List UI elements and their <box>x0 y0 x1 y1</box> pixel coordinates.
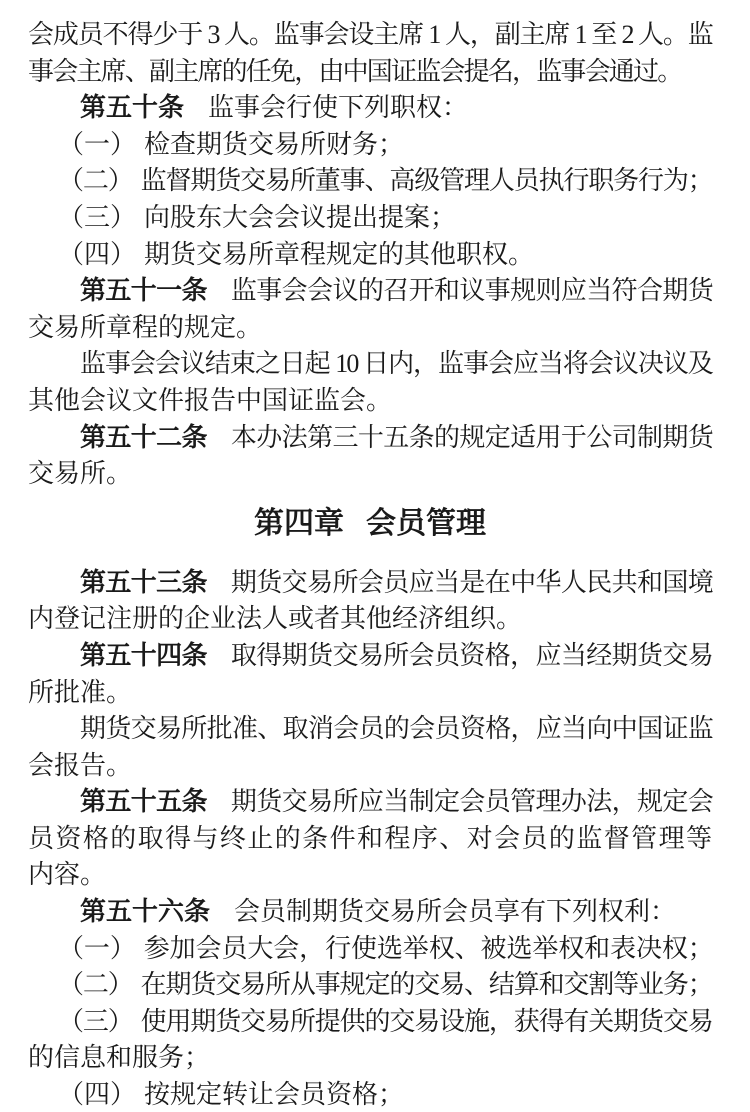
text-line: 会报告。 <box>28 748 712 785</box>
text-line: 第五十二条本办法第三十五条的规定适用于公司制期货 <box>28 420 712 457</box>
article-number: 第五十三条 <box>80 568 207 597</box>
line-text: 员资格的取得与终止的条件和程序、对会员的监督管理等 <box>28 824 712 853</box>
article-number: 第五十二条 <box>80 423 207 452</box>
item-marker: （二） <box>58 166 133 195</box>
line-text: 本办法第三十五条的规定适用于公司制期货 <box>231 423 712 452</box>
item-marker: （一） <box>58 130 136 159</box>
plain-paragraph: 监事会会议结束之日起 10 日内，监事会应当将会议决议及其他会议文件报告中国证监… <box>28 346 712 419</box>
line-text: 内容。 <box>28 860 106 889</box>
text-line: 第五十条监事会行使下列职权： <box>28 90 712 127</box>
text-line: （四）期货交易所章程规定的其他职权。 <box>28 237 712 274</box>
line-text: 内登记注册的企业法人或者其他经济组织。 <box>28 604 522 633</box>
item-marker: （三） <box>58 1007 133 1036</box>
item-marker: （二） <box>58 970 133 999</box>
list-item: （四）期货交易所章程规定的其他职权。 <box>28 237 712 274</box>
article-paragraph: 第五十条监事会行使下列职权： <box>28 90 712 127</box>
line-text: 监事会会议结束之日起 10 日内，监事会应当将会议决议及 <box>80 349 712 378</box>
line-text: 参加会员大会，行使选举权、被选举权和表决权； <box>144 934 712 963</box>
article-paragraph: 第五十二条本办法第三十五条的规定适用于公司制期货交易所。 <box>28 420 712 493</box>
line-text: 期货交易所批准、取消会员的会员资格，应当向中国证监 <box>80 714 712 743</box>
text-line: 第五十五条期货交易所应当制定会员管理办法，规定会 <box>28 784 712 821</box>
line-text: 交易所章程的规定。 <box>28 313 262 342</box>
item-marker: （一） <box>58 934 136 963</box>
line-text: 期货交易所应当制定会员管理办法，规定会 <box>231 787 712 816</box>
text-line: （二）在期货交易所从事规定的交易、结算和交割等业务； <box>28 967 712 1004</box>
text-line: （一）参加会员大会，行使选举权、被选举权和表决权； <box>28 931 712 968</box>
text-line: 所批准。 <box>28 675 712 712</box>
article-paragraph: 第五十四条取得期货交易所会员资格，应当经期货交易所批准。 <box>28 638 712 711</box>
article-paragraph: 第五十五条期货交易所应当制定会员管理办法，规定会员资格的取得与终止的条件和程序、… <box>28 784 712 894</box>
item-marker: （四） <box>58 240 136 269</box>
article-paragraph: 第五十三条期货交易所会员应当是在中华人民共和国境内登记注册的企业法人或者其他经济… <box>28 565 712 638</box>
text-line: 会成员不得少于 3 人。监事会设主席 1 人，副主席 1 至 2 人。监 <box>28 17 712 54</box>
text-line: （三）使用期货交易所提供的交易设施，获得有关期货交易 <box>28 1004 712 1041</box>
article-number: 第五十四条 <box>80 641 207 670</box>
text-line: 内登记注册的企业法人或者其他经济组织。 <box>28 601 712 638</box>
article-number: 第五十一条 <box>80 276 207 305</box>
list-item: （三）向股东大会会议提出提案； <box>28 200 712 237</box>
line-text: 会报告。 <box>28 751 132 780</box>
text-line: 第五十一条监事会会议的召开和议事规则应当符合期货 <box>28 273 712 310</box>
line-text: 监督期货交易所董事、高级管理人员执行职务行为； <box>141 166 712 195</box>
line-text: 监事会会议的召开和议事规则应当符合期货 <box>231 276 712 305</box>
line-text: 监事会行使下列职权： <box>208 93 468 122</box>
list-item: （二）在期货交易所从事规定的交易、结算和交割等业务； <box>28 967 712 1004</box>
line-text: 向股东大会会议提出提案； <box>144 203 456 232</box>
text-line: 的信息和服务； <box>28 1040 712 1077</box>
text-line: （三）向股东大会会议提出提案； <box>28 200 712 237</box>
text-line: 内容。 <box>28 857 712 894</box>
text-line: 第五十四条取得期货交易所会员资格，应当经期货交易 <box>28 638 712 675</box>
text-line: 第五十三条期货交易所会员应当是在中华人民共和国境 <box>28 565 712 602</box>
chapter-heading: 第四章会员管理 <box>28 502 712 546</box>
list-item: （二）监督期货交易所董事、高级管理人员执行职务行为； <box>28 163 712 200</box>
text-line: （一）检查期货交易所财务； <box>28 127 712 164</box>
text-line: （二）监督期货交易所董事、高级管理人员执行职务行为； <box>28 163 712 200</box>
line-text: 交易所。 <box>28 459 132 488</box>
item-marker: （三） <box>58 203 136 232</box>
line-text: 的信息和服务； <box>28 1043 210 1072</box>
continued-paragraph: 会成员不得少于 3 人。监事会设主席 1 人，副主席 1 至 2 人。监事会主席… <box>28 17 712 90</box>
plain-paragraph: 期货交易所批准、取消会员的会员资格，应当向中国证监会报告。 <box>28 711 712 784</box>
line-text: 在期货交易所从事规定的交易、结算和交割等业务； <box>141 970 712 999</box>
text-line: 员资格的取得与终止的条件和程序、对会员的监督管理等 <box>28 821 712 858</box>
article-number: 第五十条 <box>80 93 184 122</box>
line-text: 使用期货交易所提供的交易设施，获得有关期货交易 <box>141 1007 712 1036</box>
line-text: 检查期货交易所财务； <box>144 130 404 159</box>
text-line: 第五十六条会员制期货交易所会员享有下列权利： <box>28 894 712 931</box>
line-text: 会员制期货交易所会员享有下列权利： <box>234 897 676 926</box>
item-marker: （四） <box>58 1080 136 1109</box>
list-item: （三）使用期货交易所提供的交易设施，获得有关期货交易的信息和服务； <box>28 1004 712 1077</box>
line-text: 取得期货交易所会员资格，应当经期货交易 <box>231 641 712 670</box>
line-text: 会成员不得少于 3 人。监事会设主席 1 人，副主席 1 至 2 人。监 <box>28 20 712 49</box>
text-line: 交易所。 <box>28 456 712 493</box>
chapter-title: 会员管理 <box>366 507 486 540</box>
list-item: （一）参加会员大会，行使选举权、被选举权和表决权； <box>28 931 712 968</box>
text-line: 交易所章程的规定。 <box>28 310 712 347</box>
line-text: 所批准。 <box>28 678 132 707</box>
list-item: （四）按规定转让会员资格； <box>28 1077 712 1112</box>
line-text: 其他会议文件报告中国证监会。 <box>28 386 392 415</box>
document-page: 会成员不得少于 3 人。监事会设主席 1 人，副主席 1 至 2 人。监事会主席… <box>0 0 750 1112</box>
text-line: 期货交易所批准、取消会员的会员资格，应当向中国证监 <box>28 711 712 748</box>
chapter-number: 第四章 <box>254 507 344 540</box>
article-number: 第五十五条 <box>80 787 207 816</box>
line-text: 事会主席、副主席的任免，由中国证监会提名，监事会通过。 <box>28 57 681 86</box>
article-paragraph: 第五十六条会员制期货交易所会员享有下列权利： <box>28 894 712 931</box>
text-line: 其他会议文件报告中国证监会。 <box>28 383 712 420</box>
article-paragraph: 第五十一条监事会会议的召开和议事规则应当符合期货交易所章程的规定。 <box>28 273 712 346</box>
text-line: 监事会会议结束之日起 10 日内，监事会应当将会议决议及 <box>28 346 712 383</box>
line-text: 按规定转让会员资格； <box>144 1080 404 1109</box>
line-text: 期货交易所章程规定的其他职权。 <box>144 240 534 269</box>
text-line: 事会主席、副主席的任免，由中国证监会提名，监事会通过。 <box>28 54 712 91</box>
list-item: （一）检查期货交易所财务； <box>28 127 712 164</box>
line-text: 期货交易所会员应当是在中华人民共和国境 <box>231 568 712 597</box>
article-number: 第五十六条 <box>80 897 210 926</box>
text-line: （四）按规定转让会员资格； <box>28 1077 712 1112</box>
